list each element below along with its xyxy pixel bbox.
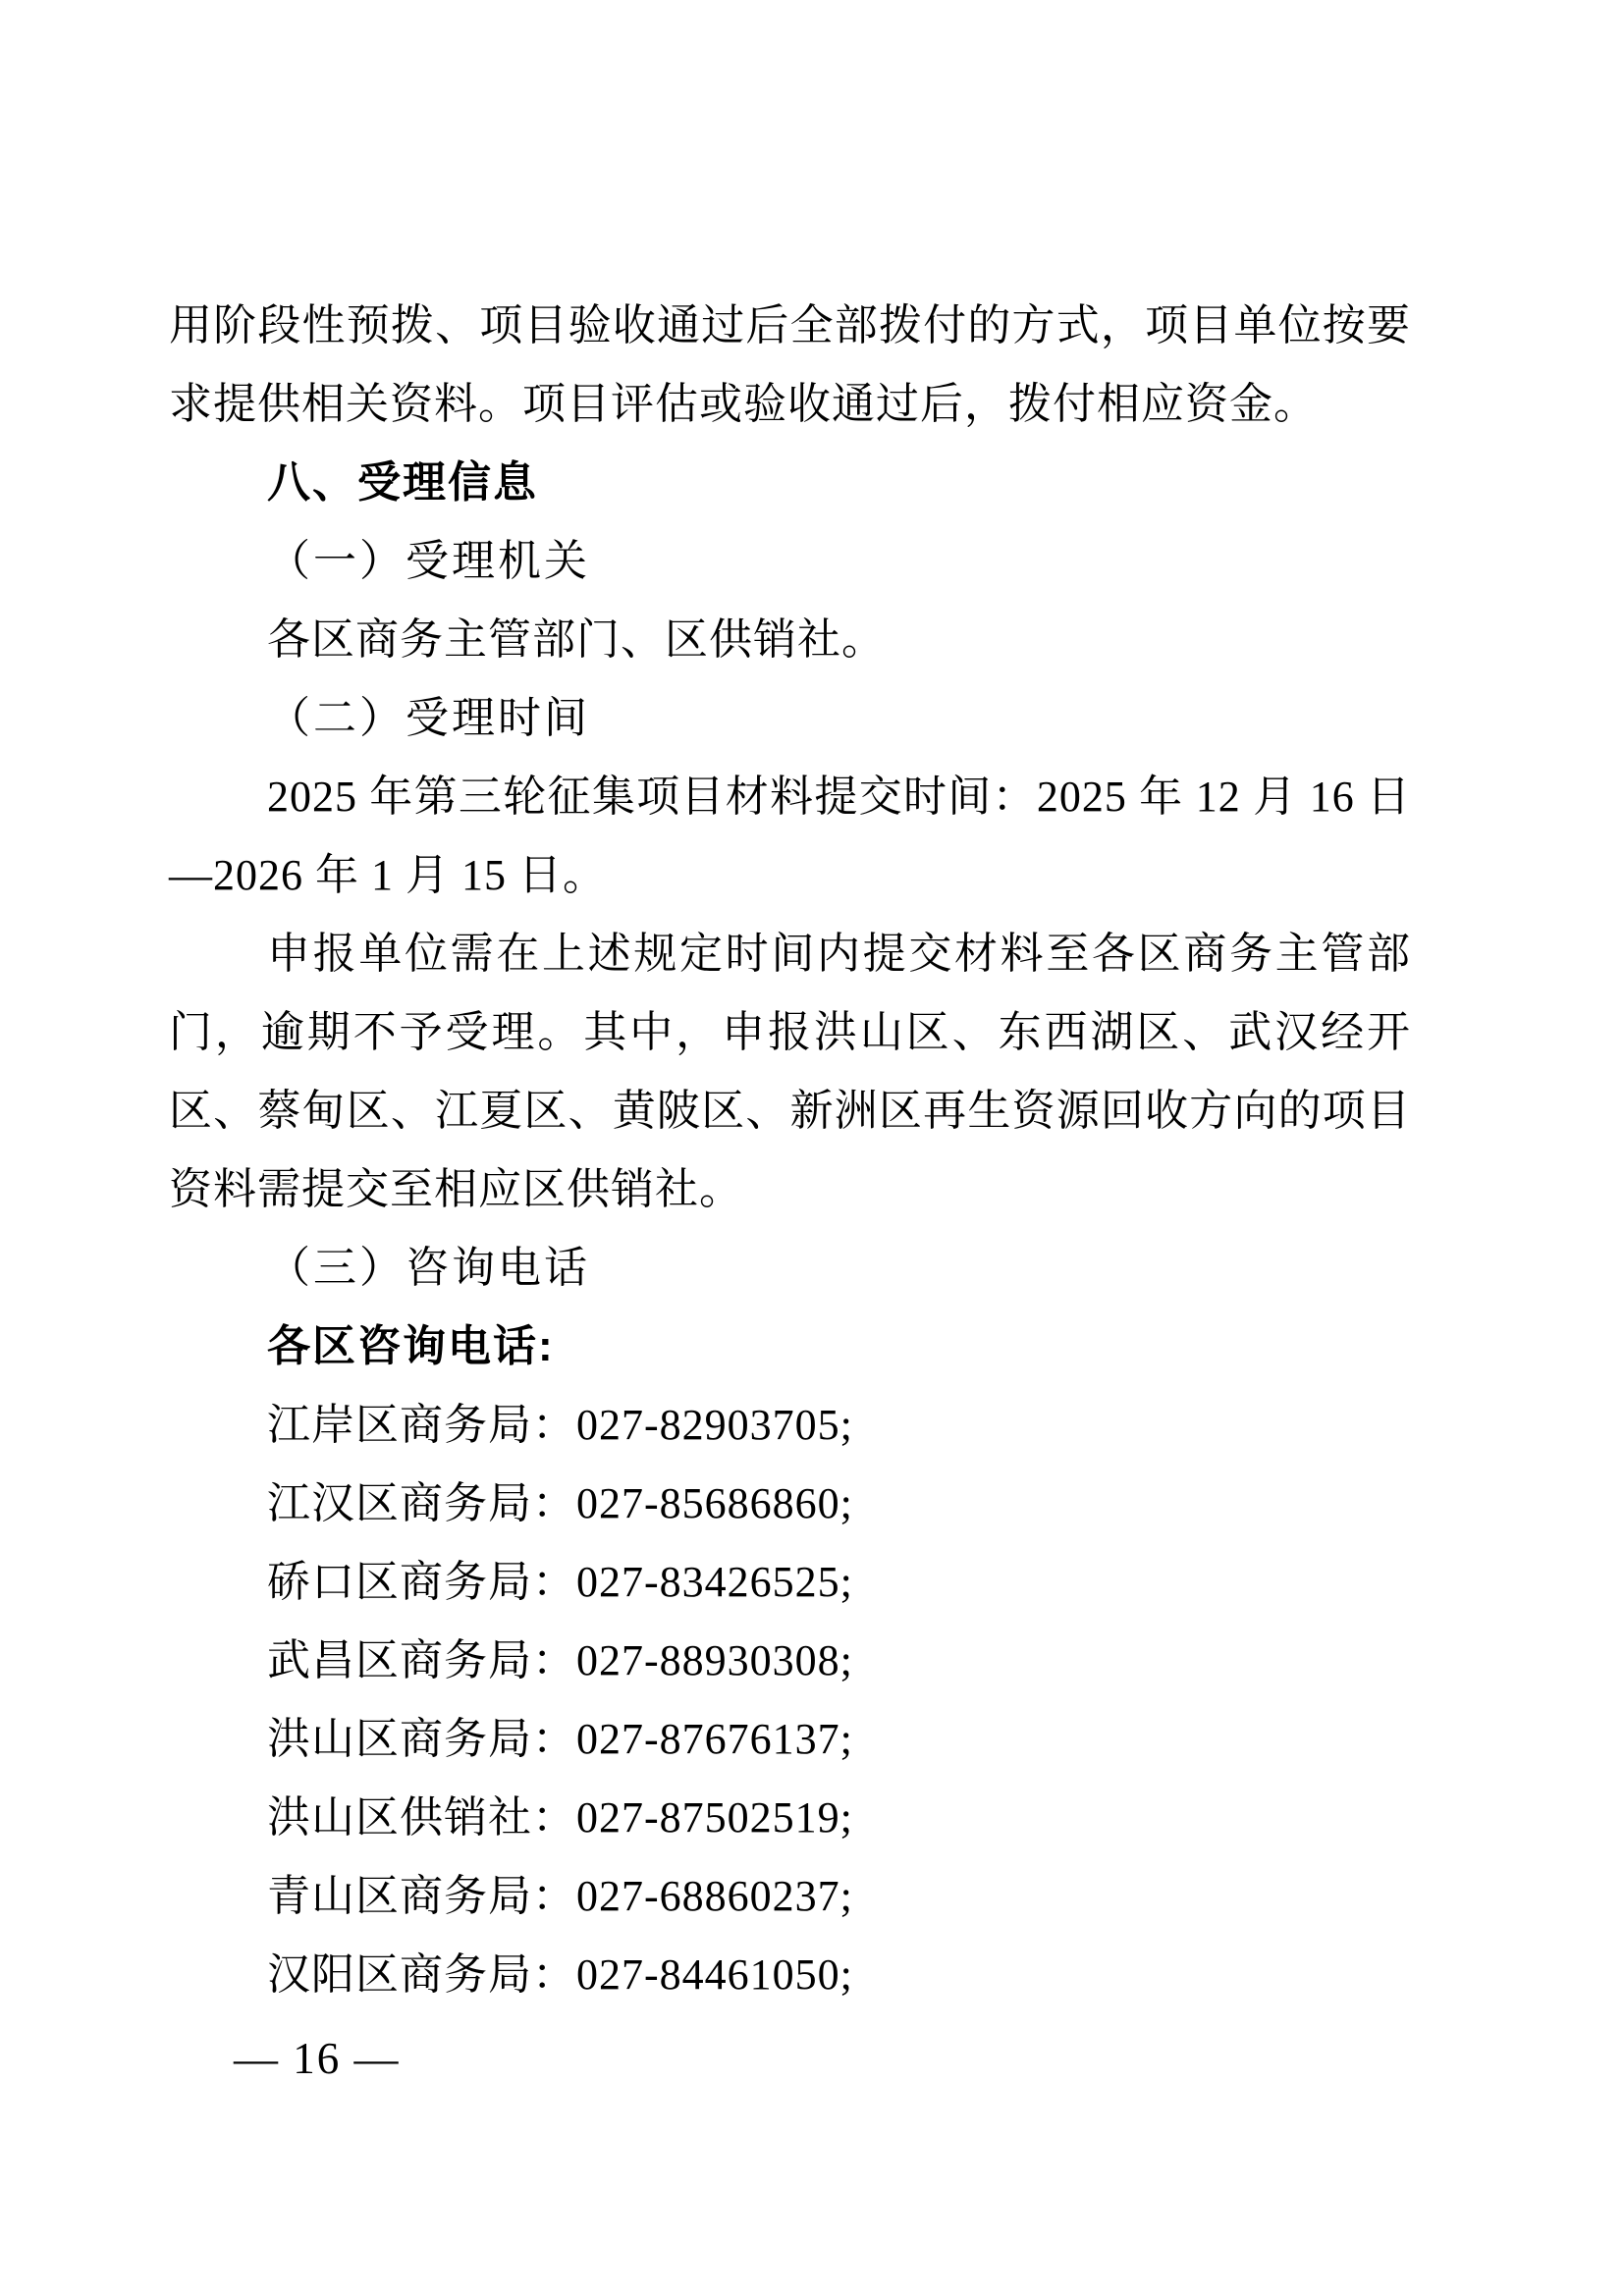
phone-line-qingshan: 青山区商务局：027-68860237; bbox=[169, 1857, 1411, 1936]
phone-line-wuchang: 武昌区商务局：027-88930308; bbox=[169, 1622, 1411, 1700]
phone-line-hongshan-coop: 洪山区供销社：027-87502519; bbox=[169, 1779, 1411, 1857]
phone-list-heading: 各区咨询电话: bbox=[169, 1308, 1411, 1386]
phone-line-hanyang: 汉阳区商务局：027-84461050; bbox=[169, 1936, 1411, 2014]
subheading-acceptance-time: （二）受理时间 bbox=[169, 679, 1411, 758]
phone-line-jianghan: 江汉区商务局：027-85686860; bbox=[169, 1465, 1411, 1543]
phone-line-hongshan-commerce: 洪山区商务局：027-87676137; bbox=[169, 1700, 1411, 1779]
phone-line-jiangan: 江岸区商务局：027-82903705; bbox=[169, 1386, 1411, 1465]
subheading-consultation-phone: （三）咨询电话 bbox=[169, 1229, 1411, 1308]
paragraph-acceptance-authority: 各区商务主管部门、区供销社。 bbox=[169, 601, 1411, 679]
document-content: 用阶段性预拨、项目验收通过后全部拨付的方式，项目单位按要求提供相关资料。项目评估… bbox=[169, 287, 1411, 2014]
subheading-acceptance-authority: （一）受理机关 bbox=[169, 522, 1411, 601]
paragraph-submission-period: 2025 年第三轮征集项目材料提交时间：2025 年 12 月 16 日—202… bbox=[169, 758, 1411, 915]
paragraph-payment-method: 用阶段性预拨、项目验收通过后全部拨付的方式，项目单位按要求提供相关资料。项目评估… bbox=[169, 287, 1411, 444]
paragraph-submission-rules: 申报单位需在上述规定时间内提交材料至各区商务主管部门，逾期不予受理。其中，申报洪… bbox=[169, 915, 1411, 1229]
phone-line-qiaokou: 硚口区商务局：027-83426525; bbox=[169, 1543, 1411, 1622]
section-heading-acceptance-info: 八、受理信息 bbox=[169, 444, 1411, 522]
document-page: 用阶段性预拨、项目验收通过后全部拨付的方式，项目单位按要求提供相关资料。项目评估… bbox=[0, 0, 1623, 2296]
page-number: — 16 — bbox=[234, 2034, 401, 2083]
